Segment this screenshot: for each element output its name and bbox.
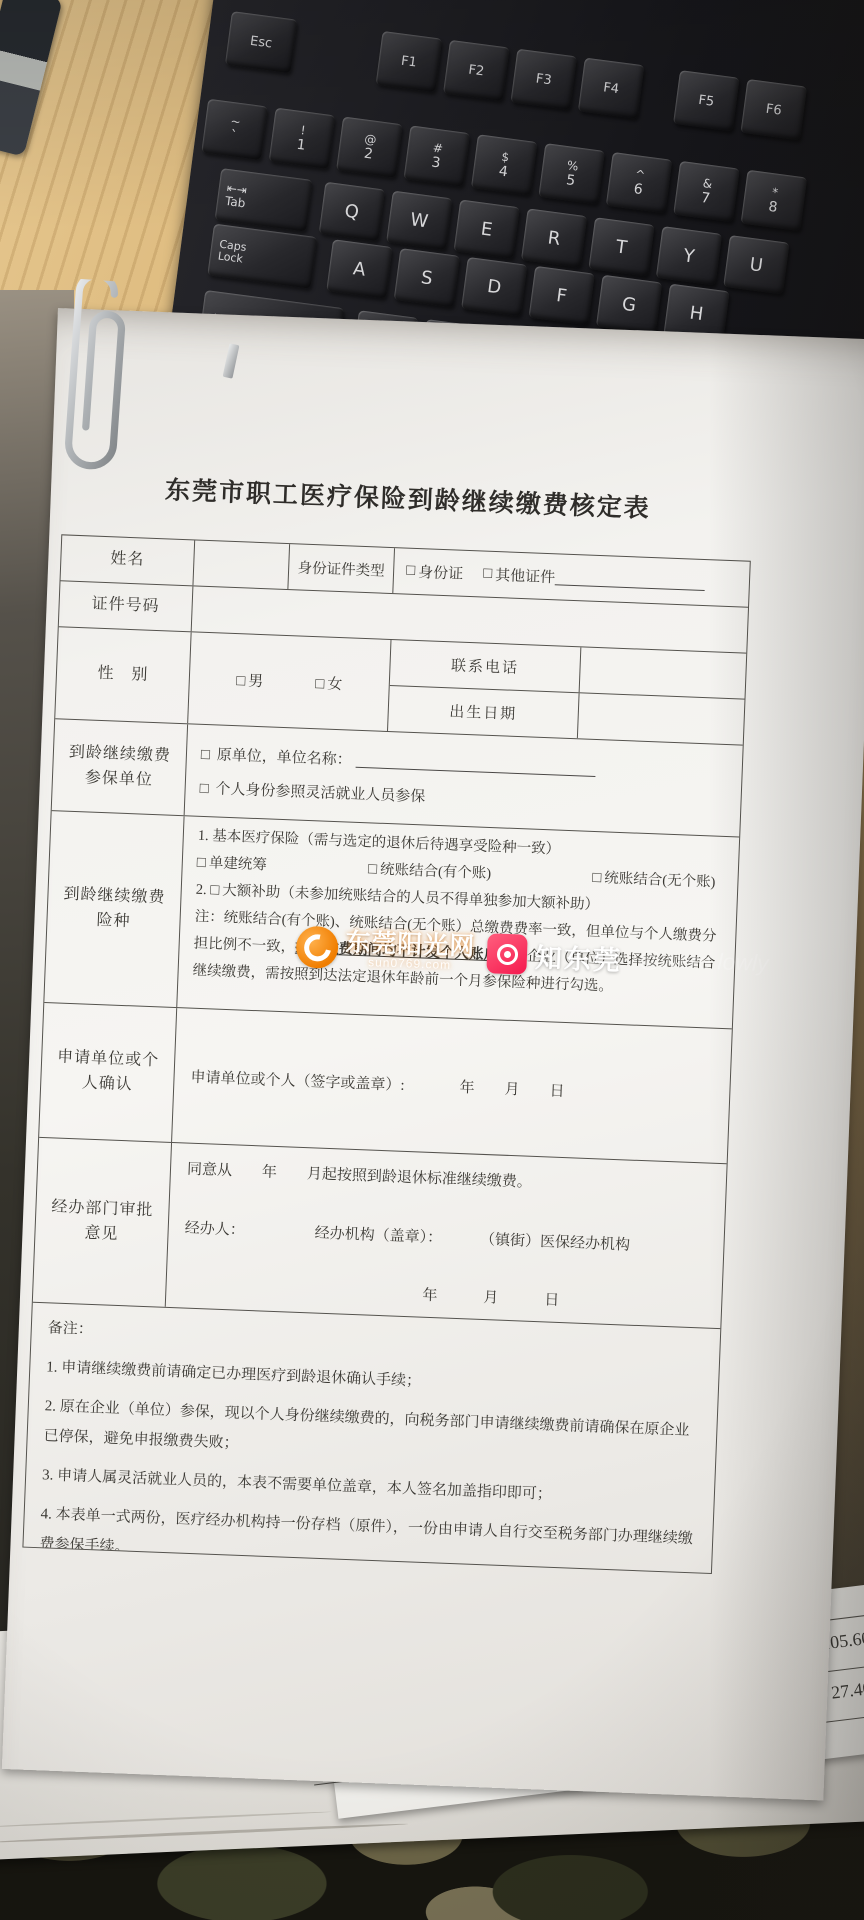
checkbox-icon: □ [315,676,325,693]
key-1: !1 [269,108,336,169]
key-4: $4 [471,134,538,195]
phone-value-cell [580,647,747,698]
approval-date-line: 年 月 日 [422,1284,706,1316]
agency-seal-label: 经办机构（盖章）： [314,1221,442,1247]
key-t: T [588,217,654,276]
key-s: S [394,248,460,307]
checkbox-icon: □ [201,746,211,763]
key-shift-symbol: # [432,142,444,155]
key-f6: F6 [740,79,807,140]
checkbox-icon: □ [199,781,209,798]
birth-date-label: 出生日期 [388,686,580,738]
birth-value-cell [578,693,745,744]
id-type-label: 身份证件类型 [288,544,395,593]
name-label: 姓名 [61,535,196,585]
checkbox-icon: □ [210,877,220,904]
desk-object [0,0,63,157]
key-main-symbol: 1 [296,138,307,153]
paperclip [35,277,149,491]
officer-label: 经办人： [184,1216,245,1239]
key-main-symbol: 4 [498,164,509,179]
approval-officer-line: 经办人： 经办机构（盖章）： （镇街）医保经办机构 [184,1216,707,1257]
sun-logo-icon [295,926,338,969]
spacer [463,573,483,574]
month-label: 月 [483,1286,499,1308]
key-8: *8 [741,170,808,231]
key-f5: F5 [673,70,740,131]
day-label: 日 [549,1079,565,1101]
key-shift-symbol: @ [364,133,377,146]
row-approval: 经办部门审批意见 同意从 年 月起按照到龄退休标准继续缴费。 经办人： 经办机构… [33,1138,727,1329]
key-shift-symbol: ! [300,124,306,137]
key-f2: F2 [443,40,510,101]
checkbox-icon: □ [236,673,246,690]
key-shift-symbol: % [566,159,579,172]
gender-options: □男 □女 [188,632,391,731]
key-shift-symbol: ~ [230,115,242,128]
watermark-site: 东莞阳光网 sun0769.com [344,929,475,973]
app-name: 知东莞 [534,935,622,977]
notes-block: 备注：1. 申请继续缴费前请确定已办理医疗到龄退休确认手续；2. 原在企业（单位… [23,1303,720,1573]
contact-block: 联系电话 出生日期 [388,640,746,745]
key-3: #3 [404,125,471,186]
key-7: &7 [673,161,740,222]
option-id-card: 身份证 [418,561,464,584]
insurance-type-label: 到龄继续缴费险种 [44,811,184,1007]
key-shift-symbol: * [771,186,779,199]
checkbox-icon: □ [483,566,493,583]
checkbox-icon: □ [196,850,206,877]
year-label: 年 [459,1075,475,1097]
insured-unit-label: 到龄继续缴费参保单位 [52,719,188,815]
date-fields: 年 月 日 [459,1075,565,1100]
photo-scene: EscF1F2F3F4F5F6~`!1@2#3$4%5^6&7*8⇤⇥TabQW… [0,0,864,1920]
key-q: Q [319,182,385,241]
combined-with-account-label: 统账结合(有个账) [380,862,492,882]
sign-prompt: 申请单位或个人（签字或盖章）: [190,1065,405,1094]
male-label: 男 [248,674,264,691]
key-r: R [521,208,587,267]
row-applicant-confirm: 申请单位或个人确认 申请单位或个人（签字或盖章）: 年 月 日 [39,1003,732,1164]
key-capslock: CapsLock [207,224,317,289]
option-male: □男 [236,669,264,691]
key-main-symbol: 6 [633,182,644,197]
app-logo-icon [486,933,527,974]
key-f: F [529,266,595,325]
row-remarks: 备注：1. 申请继续缴费前请确定已办理医疗到龄退休确认手续；2. 原在企业（单位… [23,1303,720,1573]
combined-no-account-label: 统账结合(无个账) [604,870,716,890]
applicant-sign-area: 申请单位或个人（签字或盖章）: 年 月 日 [172,1008,732,1163]
month-label: 月 [504,1077,520,1099]
key-label: Lock [217,250,243,265]
blank-underline [355,751,595,776]
key-a: A [326,239,392,298]
checkbox-icon: □ [406,563,416,580]
single-pool-label: 单建统筹 [209,855,268,873]
name-value-cell [193,540,290,589]
key-u: U [723,235,789,294]
key-e: E [454,200,520,259]
key-shift-symbol: & [702,177,713,190]
female-label: 女 [327,677,343,694]
key-main-symbol: 2 [363,147,374,162]
eye-icon [496,943,518,965]
key-w: W [386,191,452,250]
phone-label: 联系电话 [390,640,582,692]
key-grave: ~` [201,99,268,160]
option-female: □女 [315,672,343,694]
approval-content: 同意从 年 月起按照到龄退休标准继续缴费。 经办人： 经办机构（盖章）： （镇街… [166,1143,727,1328]
key-f4: F4 [578,58,645,119]
key-g: G [596,275,662,334]
key-main-symbol: 8 [768,200,779,215]
approval-label: 经办部门审批意见 [33,1138,172,1307]
key-5: %5 [538,143,605,204]
individual-text: 个人身份参照灵活就业人员参保 [215,782,425,806]
key-shift-symbol: ^ [634,168,646,181]
user-handle-watermark: @were lowly [638,945,770,977]
form-table: 姓名 身份证件类型 □ 身份证 □ 其他证件 证件号码 性 别 [22,534,750,1574]
id-number-label: 证件号码 [59,581,194,631]
key-f3: F3 [510,49,577,110]
agency-name: （镇街）医保经办机构 [480,1227,631,1254]
key-esc: Esc [225,11,297,73]
key-y: Y [656,226,722,285]
key-shift-symbol: $ [501,151,510,164]
year-label: 年 [422,1284,438,1306]
option-other-cert: 其他证件 [495,564,556,587]
site-name: 东莞阳光网 [345,929,476,960]
key-main-symbol: ` [229,129,238,144]
option-original-unit: □ 原单位，单位名称： [201,742,742,784]
gender-label: 性 别 [55,627,191,723]
checkbox-icon: □ [367,856,377,883]
key-d: D [461,257,527,316]
sun-swirl-icon [298,929,335,966]
key-main-symbol: 7 [700,191,711,206]
day-label: 日 [544,1288,560,1310]
key-tab: ⇤⇥Tab [215,168,313,232]
option-single-pool: □单建统筹 [196,850,267,880]
key-2: @2 [336,117,403,178]
option-individual: □ 个人身份参照灵活就业人员参保 [199,777,740,819]
key-6: ^6 [606,152,673,213]
date-fields: 年 月 日 [422,1284,560,1310]
form-title: 东莞市职工医疗保险到龄继续缴费核定表 [63,466,754,528]
blank-underline [555,569,706,591]
applicant-confirm-label: 申请单位或个人确认 [39,1003,177,1142]
original-unit-text: 原单位，单位名称： [216,747,352,768]
option-combined-no-account: □统账结合(无个账) [592,865,716,897]
key-label: Tab [224,194,246,211]
key-f1: F1 [376,31,443,92]
key-main-symbol: 3 [431,156,442,171]
line-number: 2. [195,882,210,899]
approval-agreement-line: 同意从 年 月起按照到龄退休标准继续缴费。 [187,1158,710,1199]
checkbox-icon: □ [592,865,602,892]
key-main-symbol: 5 [565,173,576,188]
form-paper: 东莞市职工医疗保险到龄继续缴费核定表 姓名 身份证件类型 □ 身份证 □ 其他证… [2,308,864,1800]
